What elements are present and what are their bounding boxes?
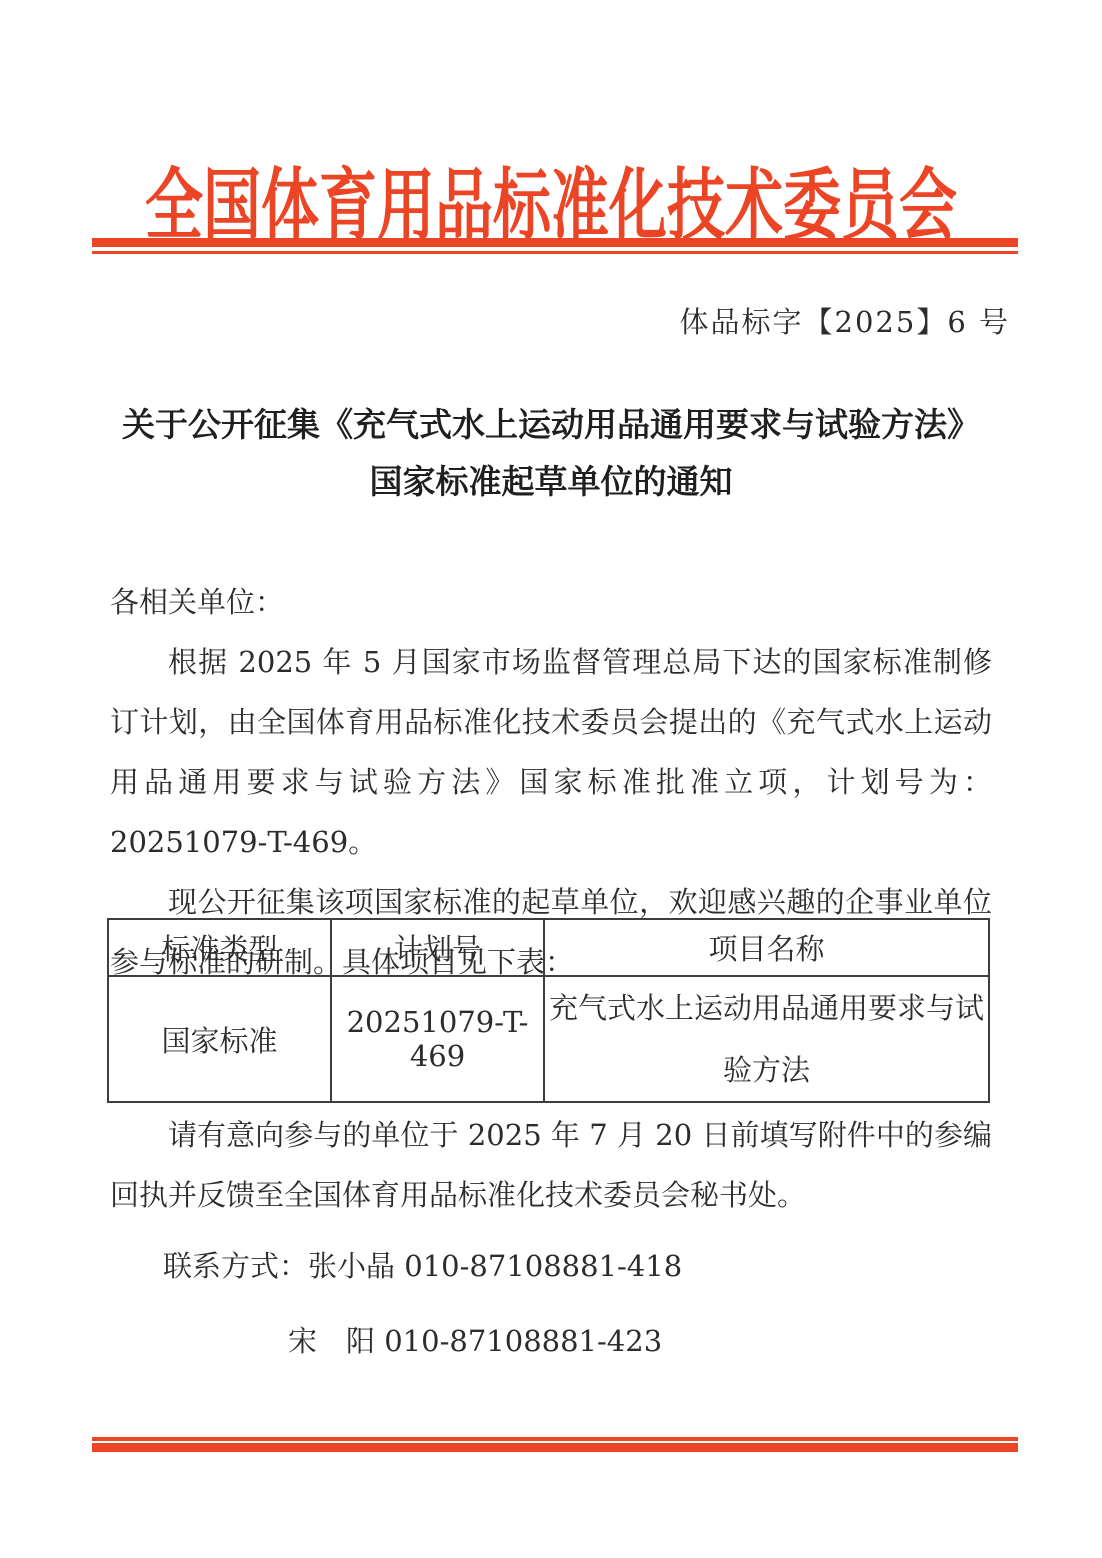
paragraph-background: 根据 2025 年 5 月国家市场监督管理总局下达的国家标准制修订计划，由全国体… [110, 632, 992, 872]
contact-2-name: 宋 阳 [288, 1324, 375, 1358]
document-page: 全国体育用品标准化技术委员会 体品标字【2025】6 号 关于公开征集《充气式水… [0, 0, 1102, 1558]
contact-label: 联系方式： [163, 1249, 308, 1283]
doc-number: 体品标字【2025】6 号 [680, 302, 1010, 342]
notice-title: 关于公开征集《充气式水上运动用品通用要求与试验方法》 国家标准起草单位的通知 [0, 396, 1102, 510]
header-divider [92, 238, 1018, 254]
contact-line-1: 联系方式：张小晶 010-87108881-418 [163, 1248, 682, 1284]
footer-divider-thick-line [92, 1443, 1018, 1452]
col-header-project-name: 项目名称 [544, 919, 989, 976]
header-divider-thick-line [92, 238, 1018, 247]
project-table: 标准类型 计划号 项目名称 国家标准 20251079-T-469 充气式水上运… [107, 918, 990, 1103]
cell-project-name: 充气式水上运动用品通用要求与试验方法 [544, 976, 989, 1102]
header-divider-thin-line [92, 251, 1018, 254]
notice-title-line2: 国家标准起草单位的通知 [0, 453, 1102, 510]
contact-line-2: 宋 阳 010-87108881-423 [288, 1323, 662, 1359]
contact-1-name: 张小晶 [308, 1249, 395, 1283]
cell-plan-number: 20251079-T-469 [331, 976, 544, 1102]
contact-2-phone: 010-87108881-423 [384, 1324, 662, 1358]
contact-1-phone: 010-87108881-418 [404, 1249, 682, 1283]
paragraph-deadline: 请有意向参与的单位于 2025 年 7 月 20 日前填写附件中的参编回执并反馈… [110, 1105, 992, 1225]
cell-standard-type: 国家标准 [108, 976, 331, 1102]
col-header-standard-type: 标准类型 [108, 919, 331, 976]
salutation: 各相关单位： [110, 572, 992, 632]
table-row: 国家标准 20251079-T-469 充气式水上运动用品通用要求与试验方法 [108, 976, 989, 1102]
notice-title-line1: 关于公开征集《充气式水上运动用品通用要求与试验方法》 [0, 396, 1102, 453]
table-header-row: 标准类型 计划号 项目名称 [108, 919, 989, 976]
footer-divider-thin-line [92, 1437, 1018, 1441]
footer-divider [92, 1437, 1018, 1452]
col-header-plan-number: 计划号 [331, 919, 544, 976]
contact-2-spacer [375, 1324, 384, 1358]
contact-1-spacer [395, 1249, 404, 1283]
